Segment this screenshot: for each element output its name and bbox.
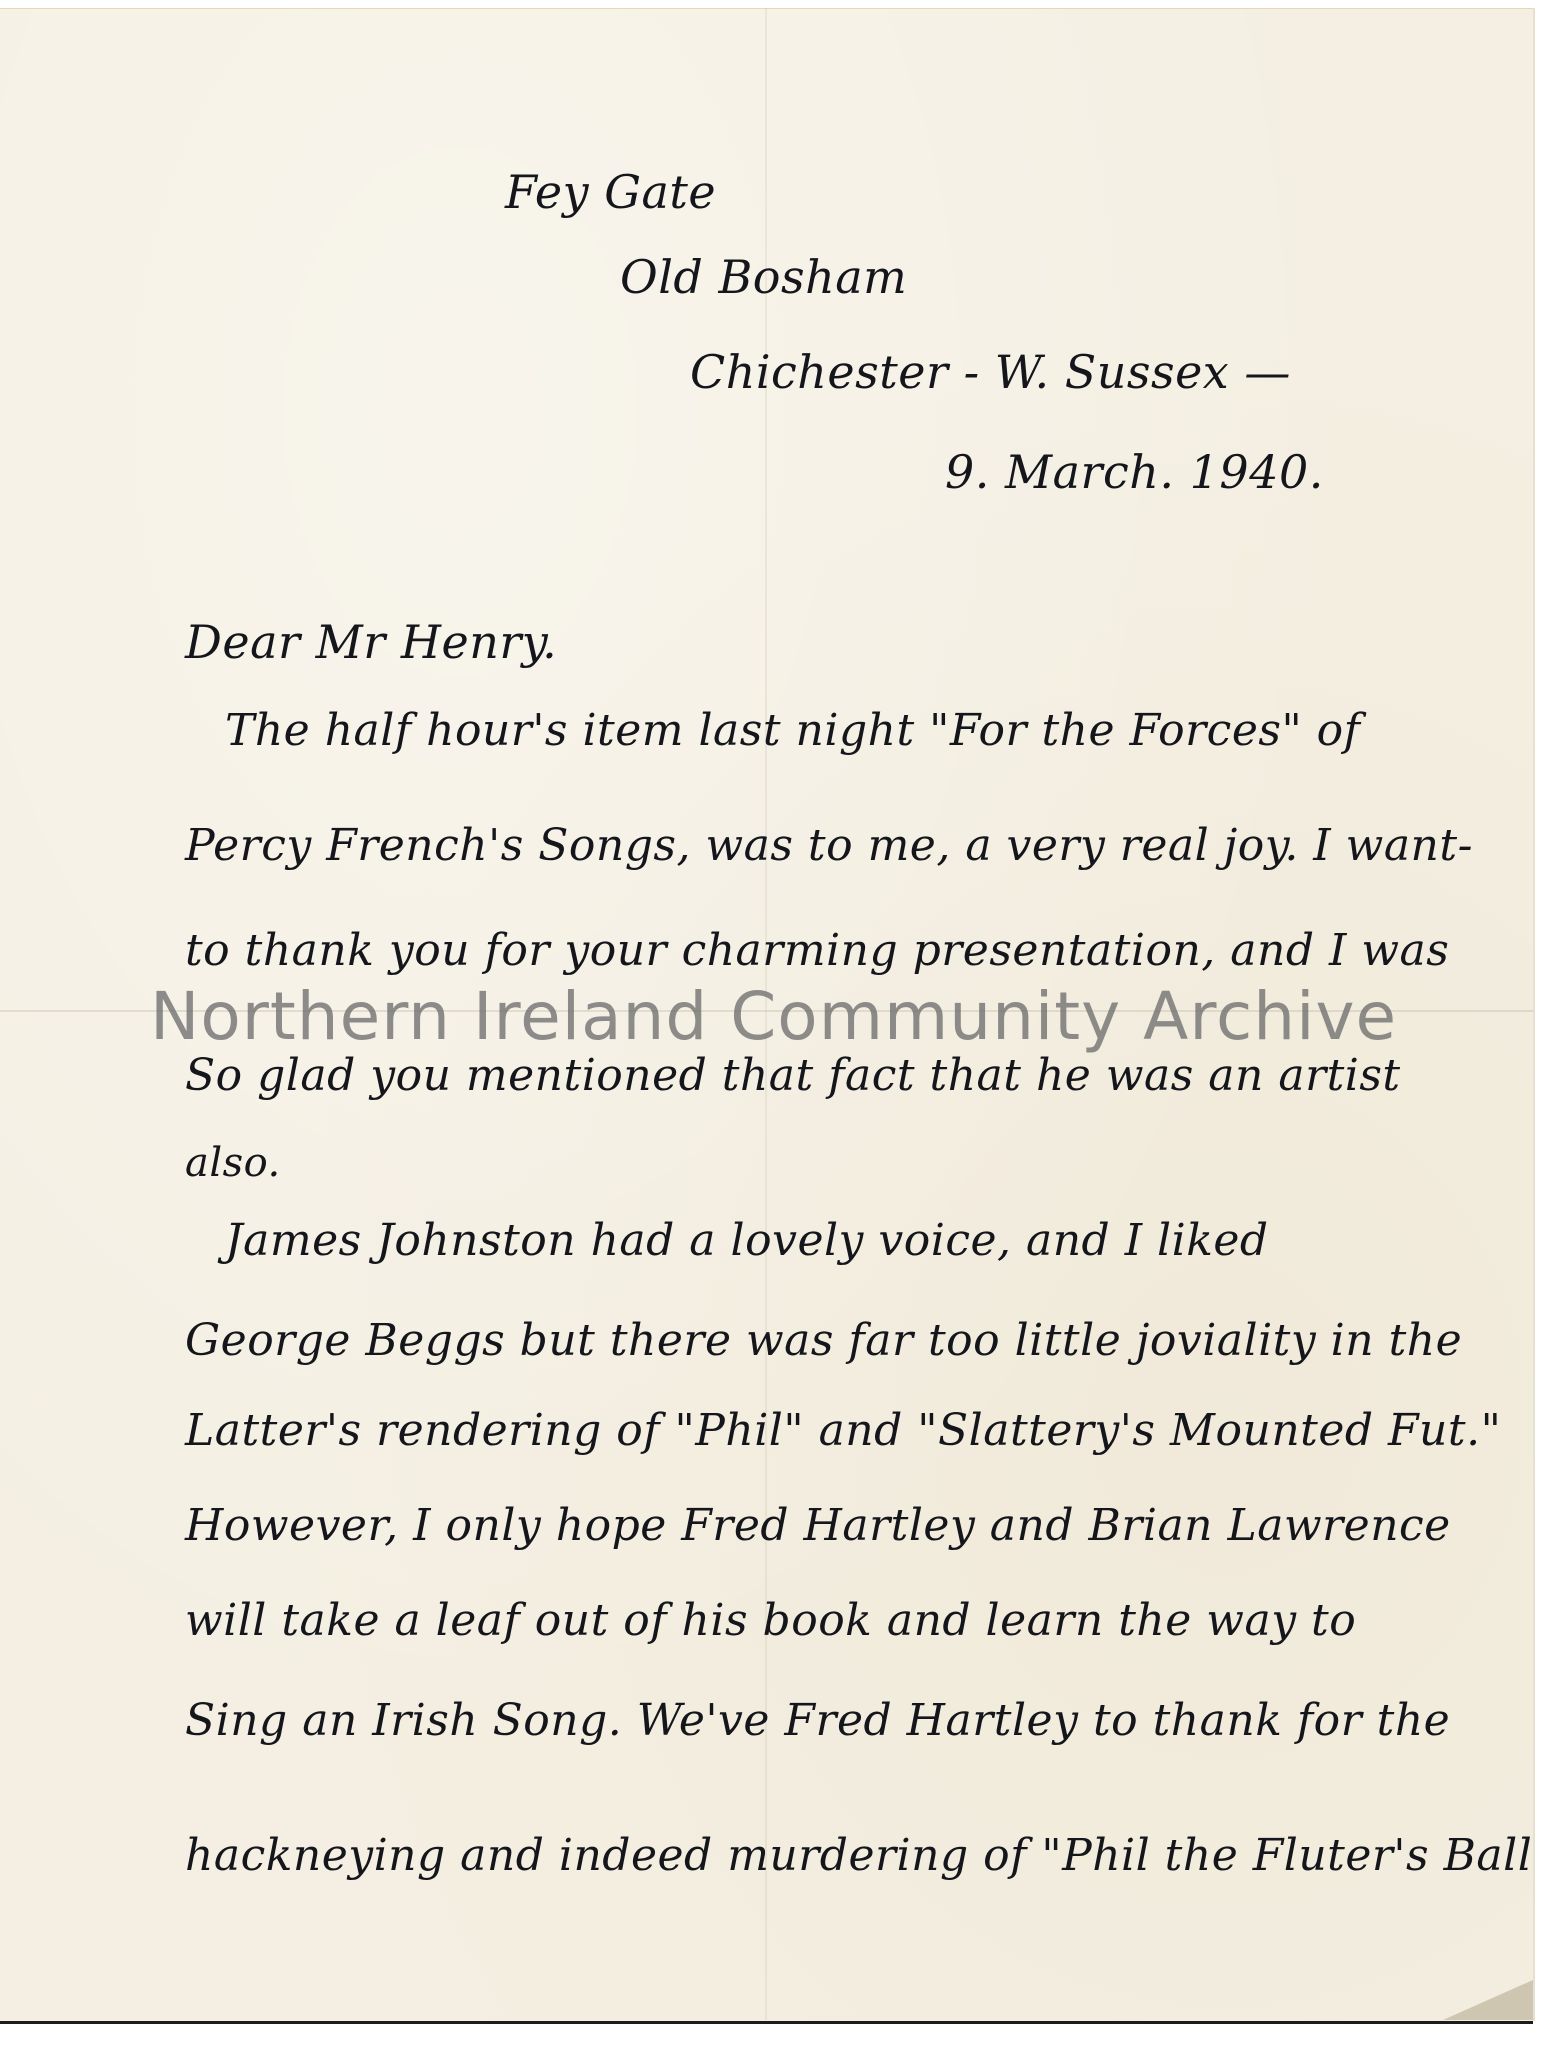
address-line-house: Fey Gate [505, 165, 716, 219]
address-line-village: Old Bosham [620, 250, 907, 304]
folded-corner [1443, 1980, 1533, 2020]
body-line: So glad you mentioned that fact that he … [185, 1050, 1401, 1101]
body-line: The half hour's item last night "For the… [225, 705, 1360, 756]
body-line: hackneying and indeed murdering of "Phil… [185, 1830, 1532, 1881]
address-line-town-county: Chichester - W. Sussex — [690, 345, 1291, 399]
body-line: to thank you for your charming presentat… [185, 925, 1449, 976]
body-line: George Beggs but there was far too littl… [185, 1315, 1462, 1366]
salutation: Dear Mr Henry. [185, 615, 557, 669]
body-line: also. [185, 1140, 281, 1186]
letter-date: 9. March. 1940. [945, 445, 1324, 499]
body-line: will take a leaf out of his book and lea… [185, 1595, 1356, 1646]
body-line: Latter's rendering of "Phil" and "Slatte… [185, 1405, 1501, 1456]
body-line: However, I only hope Fred Hartley and Br… [185, 1500, 1451, 1551]
body-line: Percy French's Songs, was to me, a very … [185, 820, 1473, 871]
body-line: James Johnston had a lovely voice, and I… [225, 1215, 1269, 1266]
body-line: Sing an Irish Song. We've Fred Hartley t… [185, 1695, 1450, 1746]
